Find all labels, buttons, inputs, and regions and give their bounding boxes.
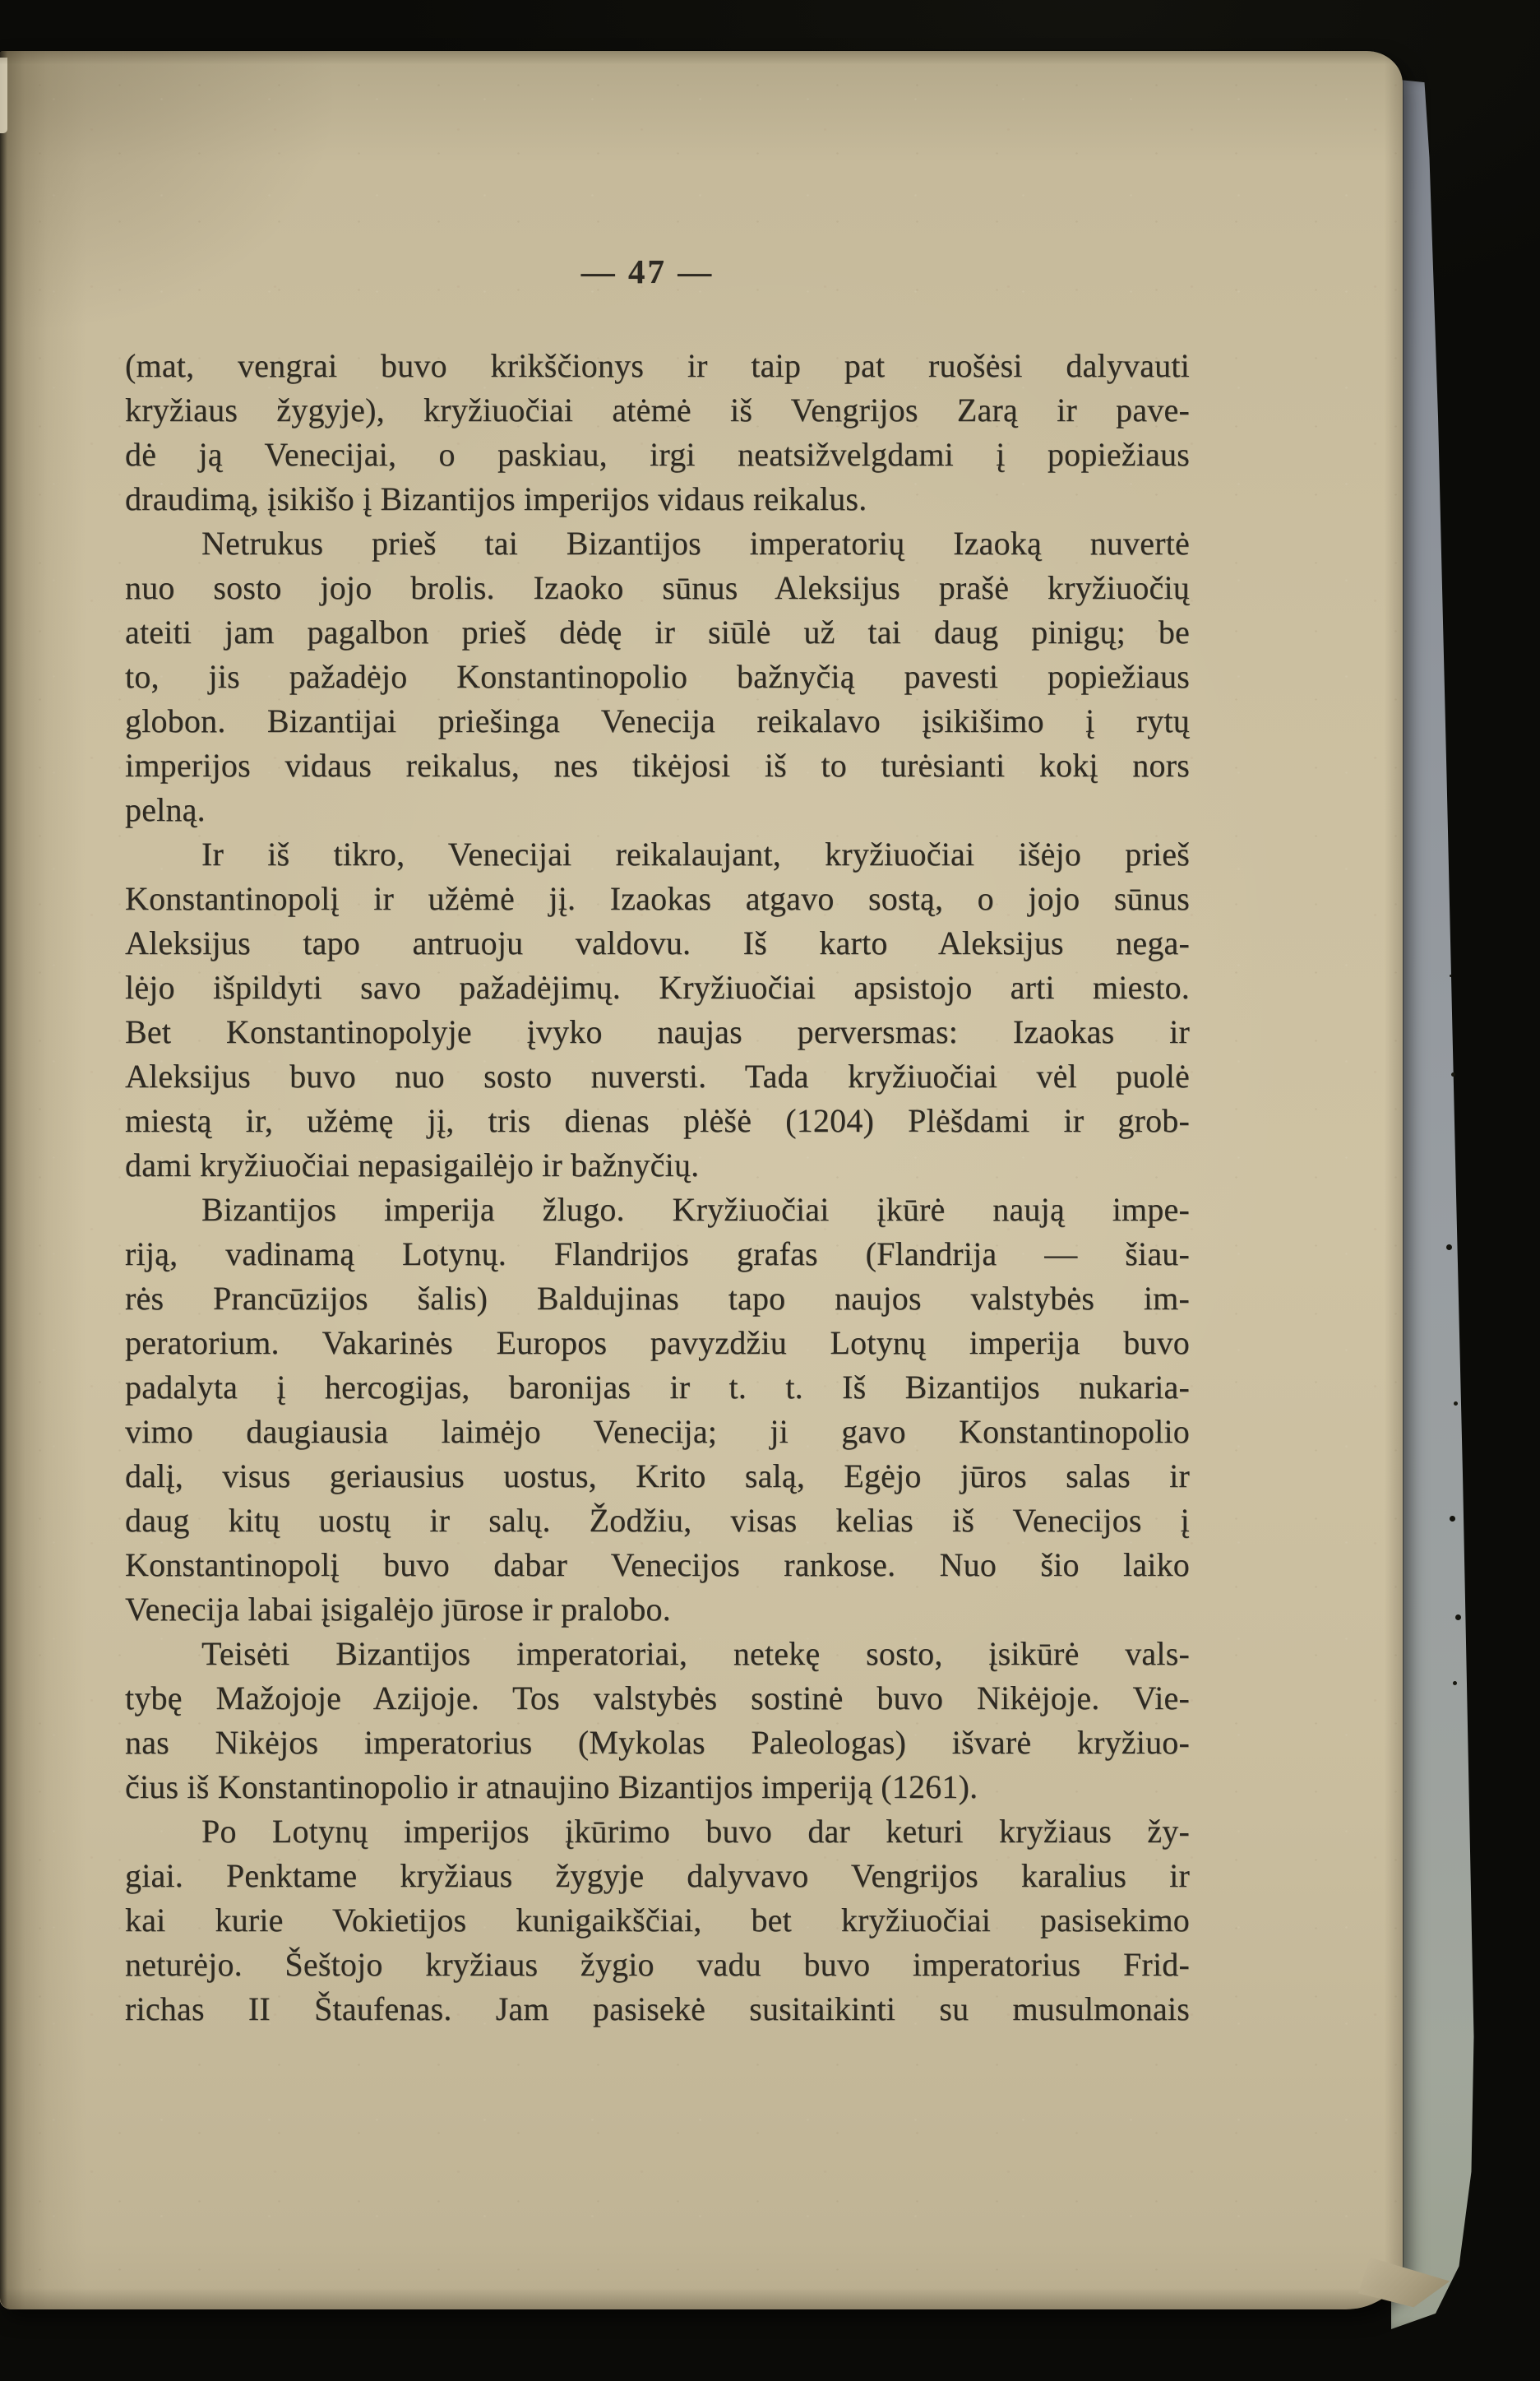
text-line: kryžiaus žygyje), kryžiuočiai atėmė iš V… [125,388,1190,433]
text-line: dė ją Venecijai, o paskiau, irgi neatsiž… [125,433,1190,477]
text-line: ateiti jam pagalbon prieš dėdę ir siūlė … [125,610,1190,655]
text-line: nuo sosto jojo brolis. Izaoko sūnus Alek… [125,566,1190,610]
text-line: Aleksijus buvo nuo sosto nuversti. Tada … [125,1054,1190,1099]
text-line: draudimą, įsikišo į Bizantijos imperijos… [125,477,1190,521]
text-line: globon. Bizantijai priešinga Venecija re… [125,699,1190,743]
previous-page-sliver [0,58,7,133]
text-line: Konstantinopolį ir užėmė jį. Izaokas atg… [125,877,1190,921]
text-line: Teisėti Bizantijos imperatoriai, netekę … [125,1632,1190,1676]
text-line: rės Prancūzijos šalis) Baldujinas tapo n… [125,1276,1190,1321]
text-line: riją, vadinamą Lotynų. Flandrijos grafas… [125,1232,1190,1276]
text-line: daug kitų uostų ir salų. Žodžiu, visas k… [125,1499,1190,1543]
text-line: pelną. [125,788,1190,832]
text-line: Aleksijus tapo antruoju valdovu. Iš kart… [125,921,1190,966]
text-line: Po Lotynų imperijos įkūrimo buvo dar ket… [125,1809,1190,1854]
text-line: giai. Penktame kryžiaus žygyje dalyvavo … [125,1854,1190,1898]
page-text-block: (mat, vengrai buvo krikščionys ir taip p… [125,344,1190,2031]
page-number: — 47 — [115,252,1180,291]
book-page: — 47 — (mat, vengrai buvo krikščionys ir… [0,51,1403,2309]
text-line: neturėjo. Šeštojo kryžiaus žygio vadu bu… [125,1943,1190,1987]
text-line: Bet Konstantinopolyje įvyko naujas perve… [125,1010,1190,1054]
text-line: to, jis pažadėjo Konstantinopolio bažnyč… [125,655,1190,699]
text-line: kai kurie Vokietijos kunigaikščiai, bet … [125,1898,1190,1943]
text-line: Ir iš tikro, Venecijai reikalaujant, kry… [125,832,1190,877]
scan-background: — 47 — (mat, vengrai buvo krikščionys ir… [0,0,1540,2381]
page-gutter-shadow [0,51,90,2309]
text-line: vimo daugiausia laimėjo Venecija; ji gav… [125,1410,1190,1454]
text-line: tybę Mažojoje Azijoje. Tos valstybės sos… [125,1676,1190,1721]
text-line: Venecija labai įsigalėjo jūrose ir pralo… [125,1587,1190,1632]
text-line: padalyta į hercogijas, baronijas ir t. t… [125,1365,1190,1410]
book-page-edges [1391,79,1515,2329]
text-line: richas II Štaufenas. Jam pasisekė susita… [125,1987,1190,2031]
text-line: peratorium. Vakarinės Europos pavyzdžiu … [125,1321,1190,1365]
text-line: Bizantijos imperija žlugo. Kryžiuočiai į… [125,1188,1190,1232]
text-line: imperijos vidaus reikalus, nes tikėjosi … [125,743,1190,788]
text-line: lėjo išpildyti savo pažadėjimų. Kryžiuoč… [125,966,1190,1010]
text-line: čius iš Konstantinopolio ir atnaujino Bi… [125,1765,1190,1809]
text-line: dalį, visus geriausius uostus, Krito sal… [125,1454,1190,1499]
text-line: Netrukus prieš tai Bizantijos imperatori… [125,521,1190,566]
page-edge-specks [1450,975,1452,977]
text-line: dami kryžiuočiai nepasigailėjo ir bažnyč… [125,1143,1190,1188]
text-line: Konstantinopolį buvo dabar Venecijos ran… [125,1543,1190,1587]
text-line: nas Nikėjos imperatorius (Mykolas Paleol… [125,1721,1190,1765]
text-line: (mat, vengrai buvo krikščionys ir taip p… [125,344,1190,388]
text-line: miestą ir, užėmę jį, tris dienas plėšė (… [125,1099,1190,1143]
